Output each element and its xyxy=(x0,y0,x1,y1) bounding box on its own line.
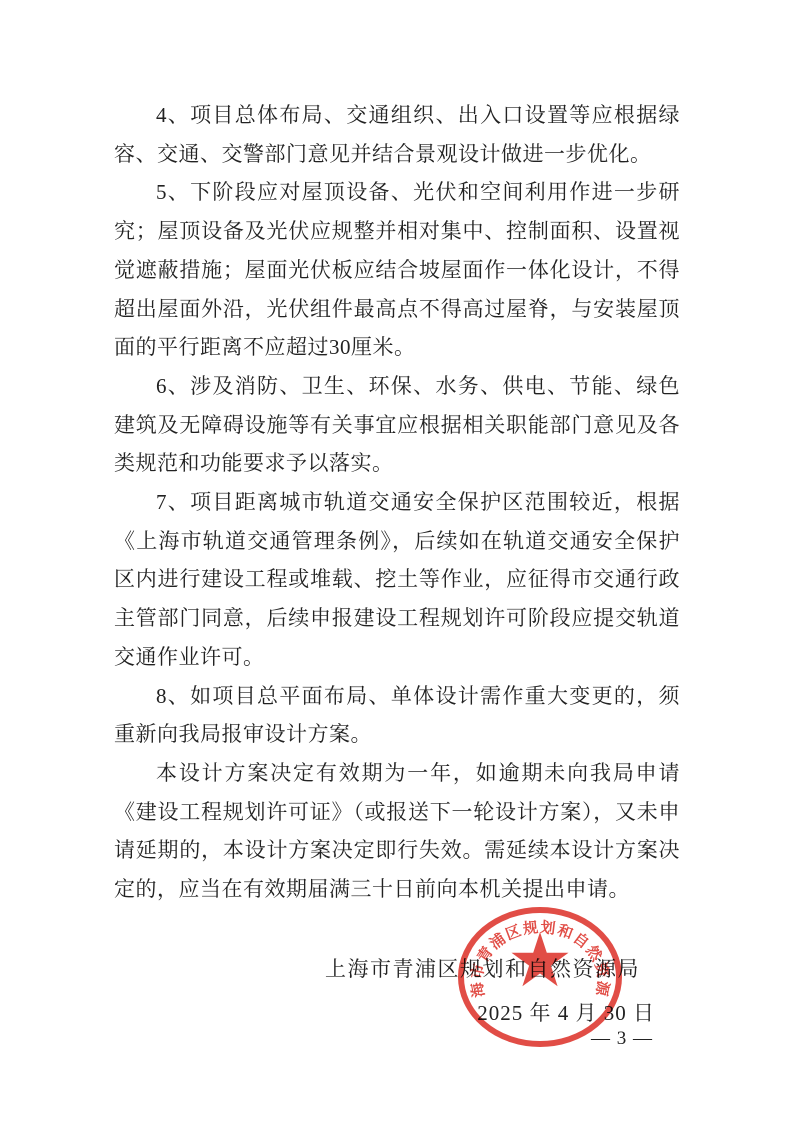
paragraph-item-4: 4、项目总体布局、交通组织、出入口设置等应根据绿容、交通、交警部门意见并结合景观… xyxy=(114,96,680,173)
document-body: 4、项目总体布局、交通组织、出入口设置等应根据绿容、交通、交警部门意见并结合景观… xyxy=(114,96,680,909)
document-page: 4、项目总体布局、交通组织、出入口设置等应根据绿容、交通、交警部门意见并结合景观… xyxy=(0,0,794,1123)
paragraph-item-6: 6、涉及消防、卫生、环保、水务、供电、节能、绿色建筑及无障碍设施等有关事宜应根据… xyxy=(114,367,680,483)
paragraph-validity-clause: 本设计方案决定有效期为一年，如逾期未向我局申请《建设工程规划许可证》（或报送下一… xyxy=(114,754,680,909)
paragraph-item-7: 7、项目距离城市轨道交通安全保护区范围较近，根据《上海市轨道交通管理条例》，后续… xyxy=(114,483,680,677)
seal-star-icon xyxy=(512,932,569,986)
paragraph-item-8: 8、如项目总平面布局、单体设计需作重大变更的，须重新向我局报审设计方案。 xyxy=(114,677,680,754)
seal-text: 上海市青浦区规划和自然资源局 xyxy=(455,903,612,999)
official-seal-stamp-icon: 上海市青浦区规划和自然资源局 xyxy=(455,903,625,1051)
paragraph-item-5: 5、下阶段应对屋顶设备、光伏和空间利用作进一步研究；屋顶设备及光伏应规整并相对集… xyxy=(114,173,680,367)
